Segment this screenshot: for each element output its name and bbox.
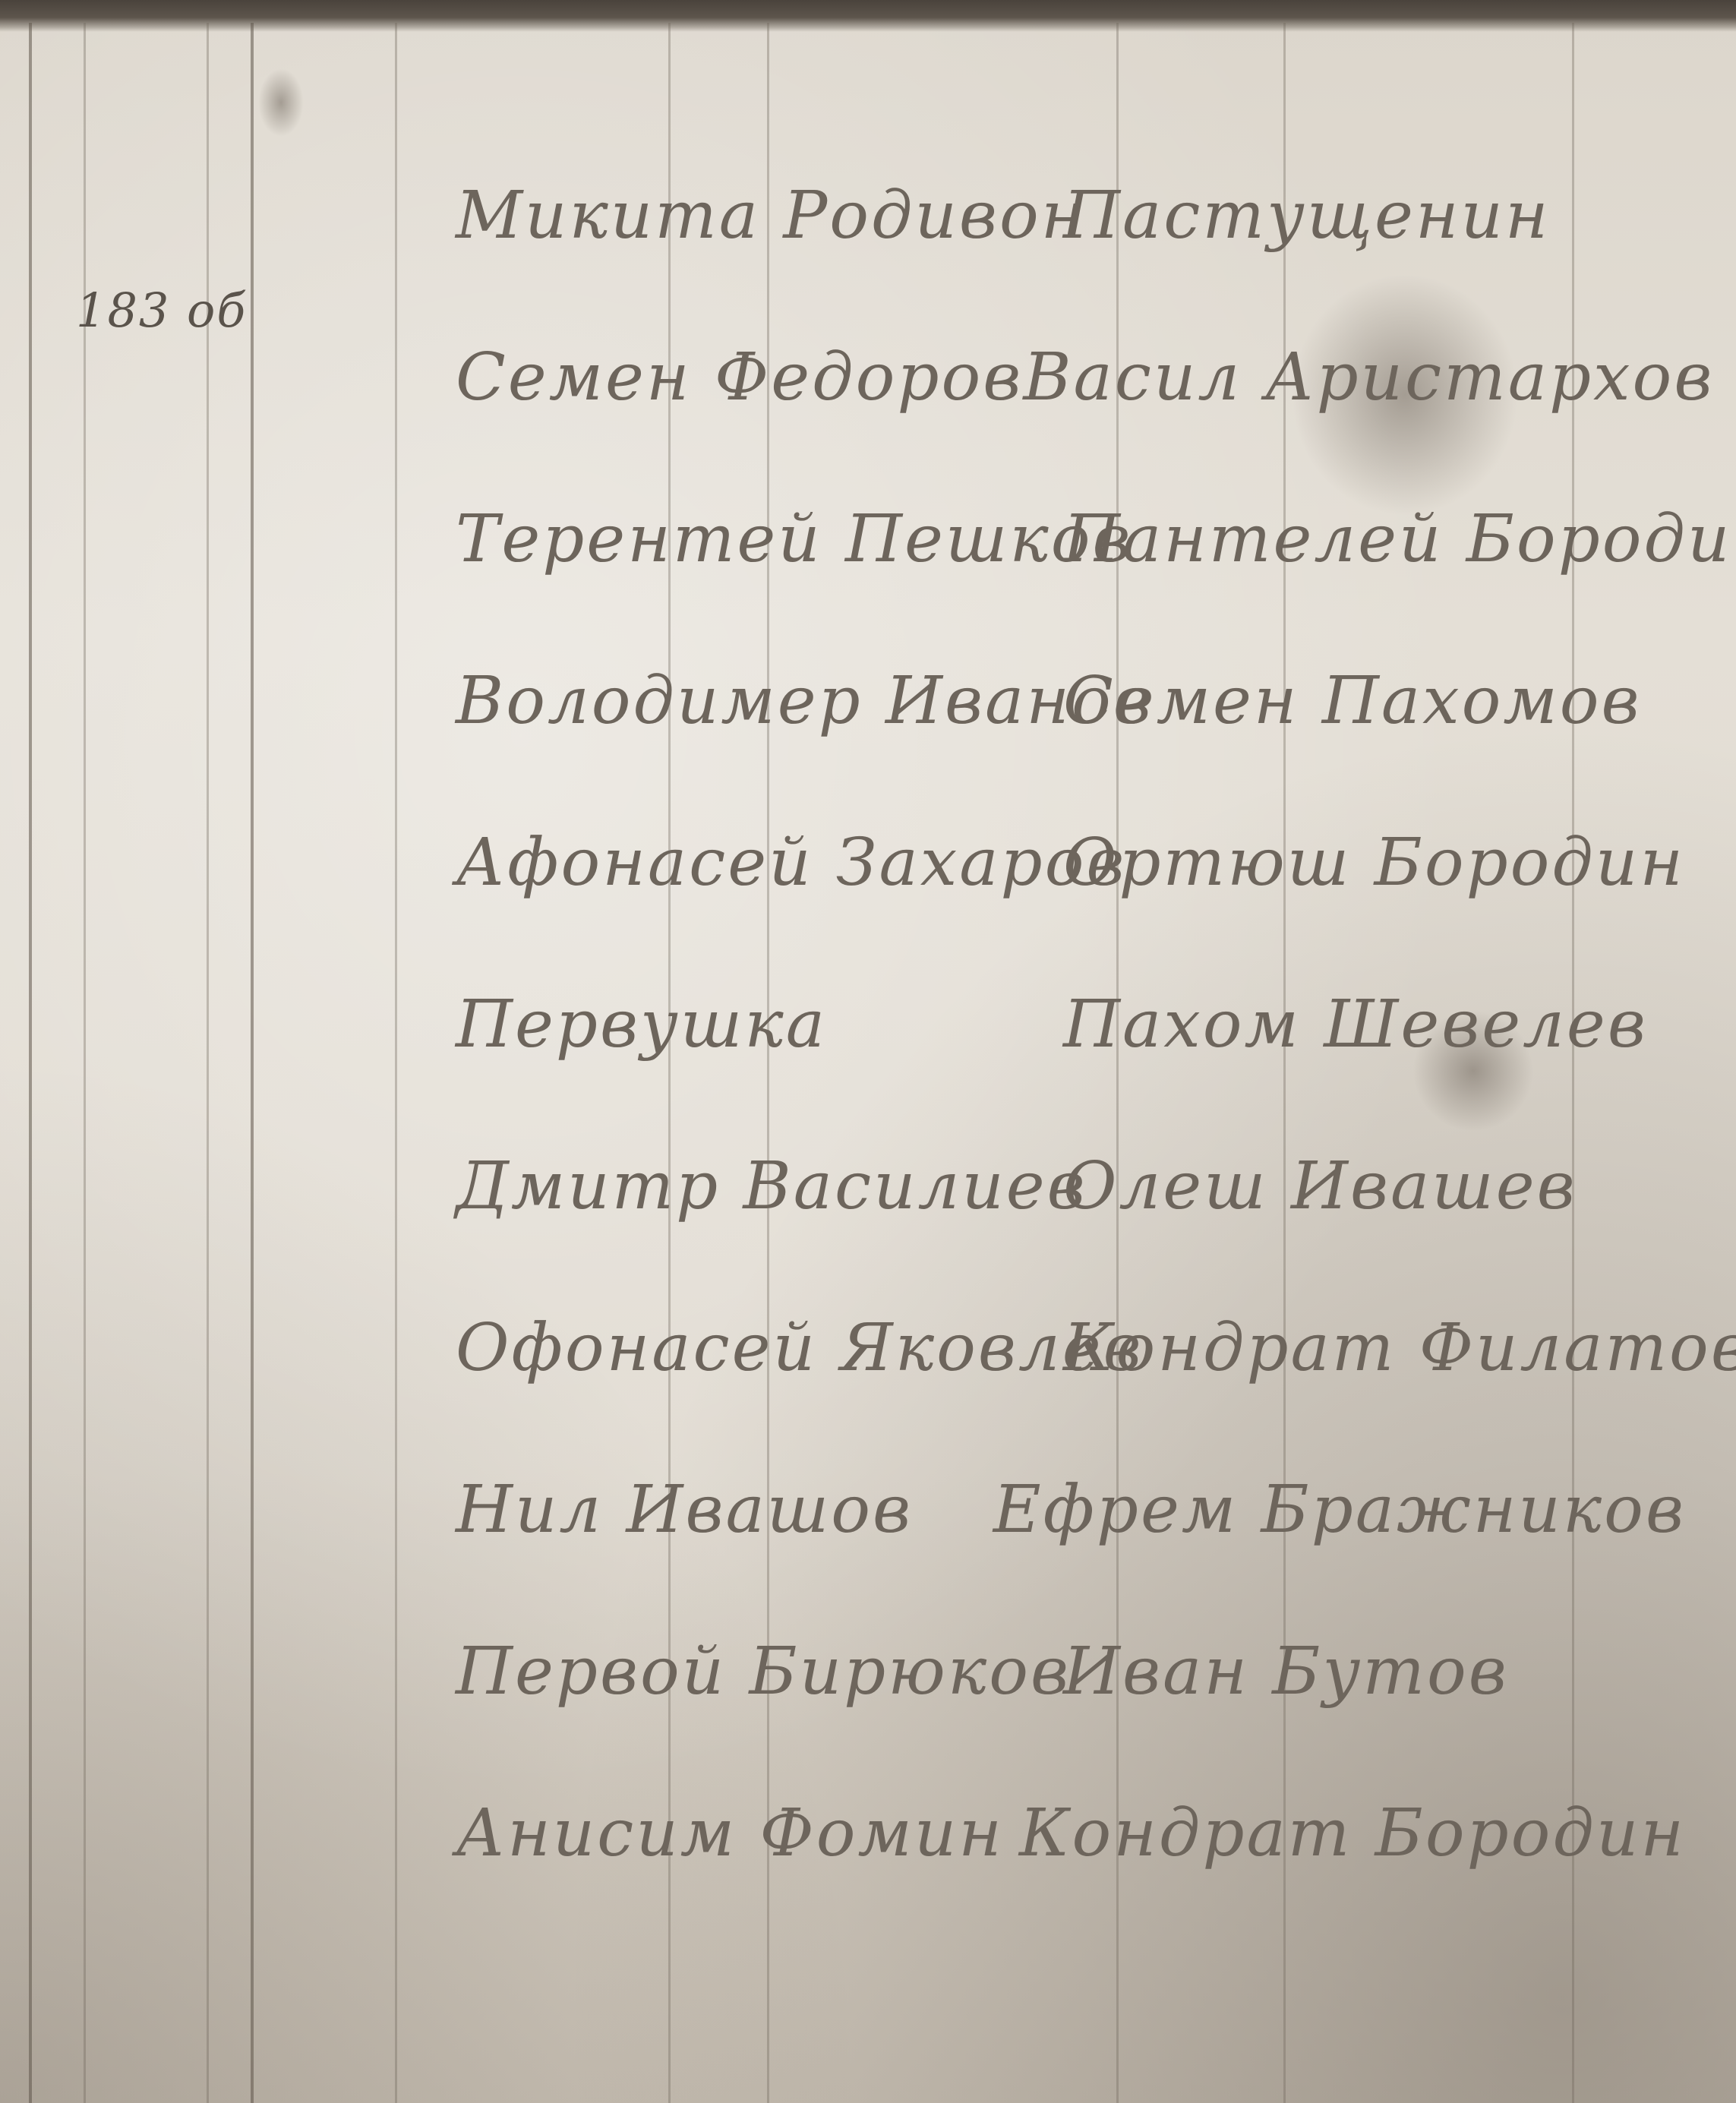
name-column-b: Пантелей Бородин	[1063, 507, 1736, 599]
name-column-b: Пастущенин	[1063, 183, 1686, 276]
manuscript-text-block: Микита Родивон Пастущенин Семен Федоров …	[456, 114, 1686, 1893]
manuscript-line: Первушка Пахом Шевелев	[456, 923, 1686, 1085]
name-column-a: Дмитр Василиев	[456, 1154, 1063, 1246]
manuscript-page: 183 об Микита Родивон Пастущенин Семен Ф…	[0, 0, 1736, 2103]
manuscript-line: Семен Федоров Васил Аристархов	[456, 276, 1686, 437]
name-column-b: Семен Пахомов	[1063, 668, 1686, 761]
manuscript-line: Первой Бирюков Иван Бутов	[456, 1570, 1686, 1732]
manuscript-line: Дмитр Василиев Олеш Ивашев	[456, 1085, 1686, 1246]
manuscript-line: Терентей Пешков Пантелей Бородин	[456, 437, 1686, 599]
ink-blot	[258, 68, 304, 137]
name-column-b: Иван Бутов	[1063, 1639, 1686, 1732]
name-column-b: Ортюш Бородин	[1063, 830, 1686, 923]
manuscript-line: Микита Родивон Пастущенин	[456, 114, 1686, 276]
name-column-a: Афонасей Захаров	[456, 830, 1063, 923]
manuscript-line: Нил Ивашов Ефрем Бражников	[456, 1408, 1686, 1570]
paper-crease	[395, 23, 397, 2103]
name-column-a: Офонасей Яковлев	[456, 1315, 1063, 1408]
name-column-a: Первушка	[456, 992, 1063, 1085]
name-column-b: Кондрат Филатов	[1063, 1315, 1736, 1408]
manuscript-line: Анисим Фомин Кондрат Бородин	[456, 1732, 1686, 1893]
name-column-b: Пахом Шевелев	[1063, 992, 1686, 1085]
name-column-a: Первой Бирюков	[456, 1639, 1063, 1732]
name-column-a: Микита Родивон	[456, 183, 1063, 276]
manuscript-line: Афонасей Захаров Ортюш Бородин	[456, 761, 1686, 923]
name-column-a: Володимер Иванов	[456, 668, 1063, 761]
name-column-a: Анисим Фомин	[456, 1801, 1019, 1893]
name-column-b: Ефрем Бражников	[993, 1477, 1686, 1570]
name-column-a: Терентей Пешков	[456, 507, 1063, 599]
page-fold-line	[29, 23, 32, 2103]
name-column-a: Нил Ивашов	[456, 1477, 993, 1570]
name-column-b: Олеш Ивашев	[1063, 1154, 1686, 1246]
page-top-edge-shadow	[0, 0, 1736, 32]
manuscript-line: Офонасей Яковлев Кондрат Филатов	[456, 1246, 1686, 1408]
folio-number: 183 об	[76, 283, 247, 338]
margin-rule	[251, 23, 254, 2103]
name-column-a: Семен Федоров	[456, 345, 1023, 437]
name-column-b: Васил Аристархов	[1023, 345, 1714, 437]
name-column-b: Кондрат Бородин	[1019, 1801, 1686, 1893]
manuscript-line: Володимер Иванов Семен Пахомов	[456, 599, 1686, 761]
